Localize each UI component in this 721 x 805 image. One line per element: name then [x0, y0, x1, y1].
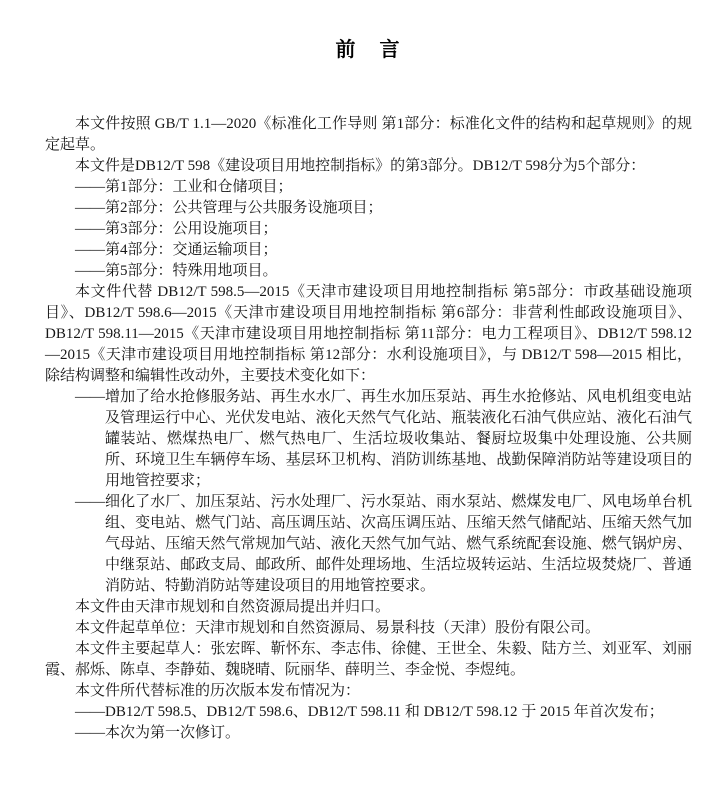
paragraph: 本文件所代替标准的历次版本发布情况为： [45, 681, 692, 702]
paragraph: ——细化了水厂、加压泵站、污水处理厂、污水泵站、雨水泵站、燃煤发电厂、风电场单台… [45, 492, 692, 597]
paragraph: 本文件是DB12/T 598《建设项目用地控制指标》的第3部分。DB12/T 5… [45, 156, 692, 177]
paragraph: ——第4部分：交通运输项目； [45, 240, 692, 261]
paragraph: 本文件代替 DB12/T 598.5—2015《天津市建设项目用地控制指标 第5… [45, 282, 692, 387]
paragraph: ——第5部分：特殊用地项目。 [45, 261, 692, 282]
paragraph: 本文件主要起草人：张宏晖、靳怀东、李志伟、徐健、王世全、朱毅、陆方兰、刘亚军、刘… [45, 639, 692, 681]
paragraph: 本文件按照 GB/T 1.1—2020《标准化工作导则 第1部分：标准化文件的结… [45, 114, 692, 156]
paragraph: 本文件起草单位：天津市规划和自然资源局、易景科技（天津）股份有限公司。 [45, 618, 692, 639]
paragraph: ——第2部分：公共管理与公共服务设施项目； [45, 198, 692, 219]
page-title: 前 言 [45, 33, 692, 62]
paragraph: 本文件由天津市规划和自然资源局提出并归口。 [45, 597, 692, 618]
document-page: 前 言 本文件按照 GB/T 1.1—2020《标准化工作导则 第1部分：标准化… [0, 0, 721, 805]
paragraph: ——DB12/T 598.5、DB12/T 598.6、DB12/T 598.1… [45, 702, 692, 723]
paragraph: ——本次为第一次修订。 [45, 723, 692, 744]
document-body: 本文件按照 GB/T 1.1—2020《标准化工作导则 第1部分：标准化文件的结… [45, 114, 692, 744]
paragraph: ——第1部分：工业和仓储项目； [45, 177, 692, 198]
paragraph: ——增加了给水抢修服务站、再生水水厂、再生水加压泵站、再生水抢修站、风电机组变电… [45, 387, 692, 492]
paragraph: ——第3部分：公用设施项目； [45, 219, 692, 240]
